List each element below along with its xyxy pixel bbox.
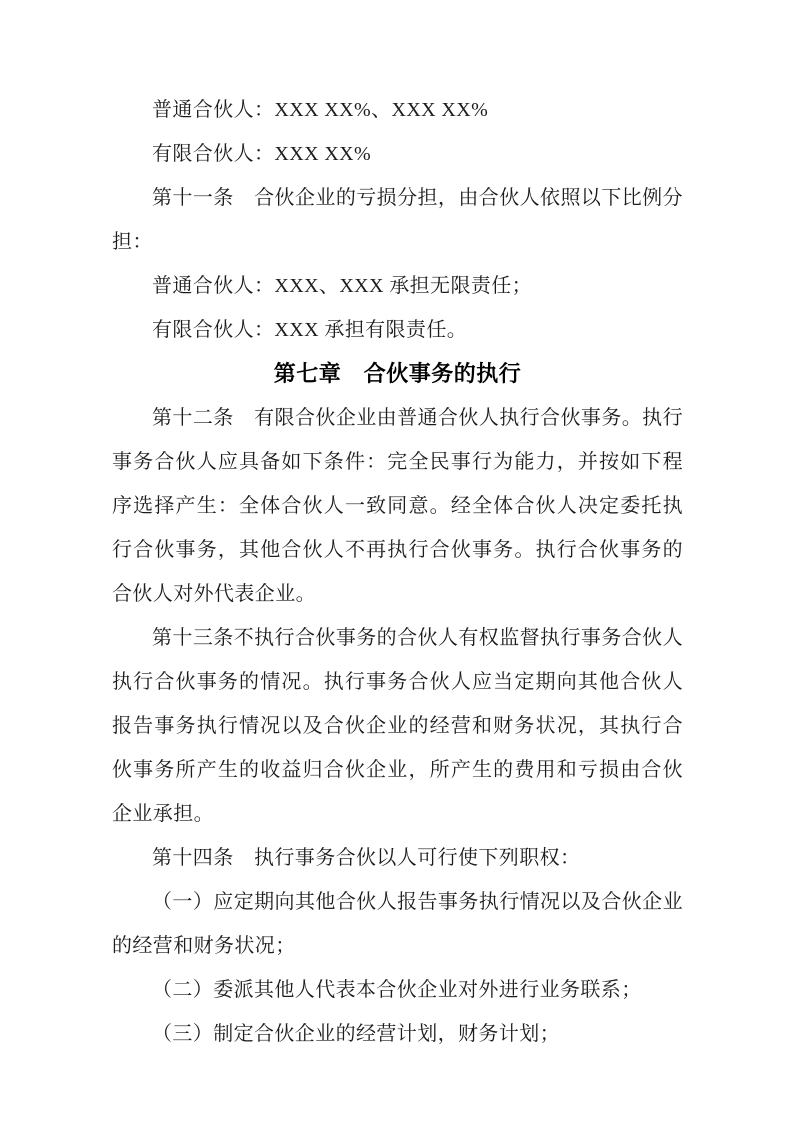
paragraph-limited-partner-liability: 有限合伙人：XXX 承担有限责任。 — [112, 308, 683, 352]
paragraph-article-11: 第十一条 合伙企业的亏损分担，由合伙人依照以下比例分担： — [112, 176, 683, 264]
chapter-7-heading: 第七章 合伙事务的执行 — [112, 352, 683, 396]
paragraph-article-13: 第十三条不执行合伙事务的合伙人有权监督执行事务合伙人执行合伙事务的情况。执行事务… — [112, 616, 683, 836]
paragraph-article-14: 第十四条 执行事务合伙以人可行使下列职权： — [112, 836, 683, 880]
document-page: 普通合伙人：XXX XX%、XXX XX% 有限合伙人：XXX XX% 第十一条… — [0, 0, 793, 1122]
paragraph-item-3: （三）制定合伙企业的经营计划，财务计划； — [112, 1012, 683, 1056]
paragraph-article-12: 第十二条 有限合伙企业由普通合伙人执行合伙事务。执行事务合伙人应具备如下条件：完… — [112, 396, 683, 616]
paragraph-general-partner-share: 普通合伙人：XXX XX%、XXX XX% — [112, 88, 683, 132]
paragraph-item-1: （一）应定期向其他合伙人报告事务执行情况以及合伙企业的经营和财务状况； — [112, 880, 683, 968]
paragraph-item-2: （二）委派其他人代表本合伙企业对外进行业务联系； — [112, 968, 683, 1012]
paragraph-limited-partner-share: 有限合伙人：XXX XX% — [112, 132, 683, 176]
paragraph-general-partner-liability: 普通合伙人：XXX、XXX 承担无限责任； — [112, 264, 683, 308]
